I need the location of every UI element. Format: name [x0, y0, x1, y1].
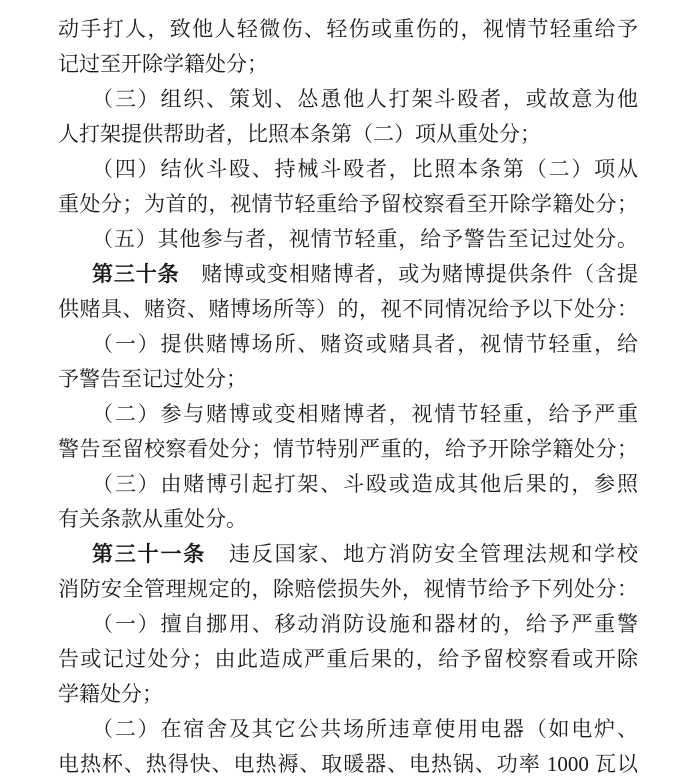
- text-line: （二）参与赌博或变相赌博者，视情节轻重，给予严重: [58, 397, 638, 432]
- line-text: （三）组织、策划、怂恿他人打架斗殴者，或故意为他: [92, 87, 638, 111]
- line-text: 人打架提供帮助者，比照本条第（二）项从重处分；: [58, 122, 541, 146]
- text-line: 第三十一条 违反国家、地方消防安全管理法规和学校: [58, 537, 638, 572]
- text-line: 有关条款从重处分。: [58, 502, 638, 537]
- text-line: （四）结伙斗殴、持械斗殴者，比照本条第（二）项从: [58, 152, 638, 187]
- text-line: 告或记过处分；由此造成严重后果的，给予留校察看或开除: [58, 642, 638, 677]
- line-text: 动手打人，致他人轻微伤、轻伤或重伤的，视情节轻重给予: [58, 17, 638, 41]
- text-line: 电热杯、热得快、电热褥、取暖器、电热锅、功率 1000 瓦以: [58, 747, 638, 778]
- line-text: （三）由赌博引起打架、斗殴或造成其他后果的，参照: [92, 472, 638, 496]
- line-text: 赌博或变相赌博者，或为赌博提供条件（含提: [180, 262, 639, 286]
- line-text: 重处分；为首的，视情节轻重给予留校察看至开除学籍处分；: [58, 192, 638, 216]
- line-text: 电热杯、热得快、电热褥、取暖器、电热锅、功率 1000 瓦以: [58, 752, 638, 776]
- line-text: 警告至留校察看处分；情节特别严重的，给予开除学籍处分；: [58, 437, 638, 461]
- text-line: 重处分；为首的，视情节轻重给予留校察看至开除学籍处分；: [58, 187, 638, 222]
- text-line: （三）组织、策划、怂恿他人打架斗殴者，或故意为他: [58, 82, 638, 117]
- text-line: （三）由赌博引起打架、斗殴或造成其他后果的，参照: [58, 467, 638, 502]
- line-text: 有关条款从重处分。: [58, 507, 247, 531]
- line-text: 供赌具、赌资、赌博场所等）的，视不同情况给予以下处分：: [58, 297, 638, 321]
- text-line: （二）在宿舍及其它公共场所违章使用电器（如电炉、: [58, 712, 638, 747]
- article-number: 第三十一条: [92, 542, 206, 566]
- line-text: （一）擅自挪用、移动消防设施和器材的，给予严重警: [92, 612, 638, 636]
- text-line: （一）提供赌博场所、赌资或赌具者，视情节轻重，给: [58, 327, 638, 362]
- text-line: 予警告至记过处分；: [58, 362, 638, 397]
- text-line: 人打架提供帮助者，比照本条第（二）项从重处分；: [58, 117, 638, 152]
- line-text: （五）其他参与者，视情节轻重，给予警告至记过处分。: [92, 227, 638, 251]
- line-text: 学籍处分；: [58, 682, 163, 706]
- line-text: 予警告至记过处分；: [58, 367, 247, 391]
- text-line: （一）擅自挪用、移动消防设施和器材的，给予严重警: [58, 607, 638, 642]
- text-line: （五）其他参与者，视情节轻重，给予警告至记过处分。: [58, 222, 638, 257]
- line-text: （一）提供赌博场所、赌资或赌具者，视情节轻重，给: [92, 332, 638, 356]
- text-line: 消防安全管理规定的，除赔偿损失外，视情节给予下列处分：: [58, 572, 638, 607]
- article-number: 第三十条: [92, 262, 180, 286]
- text-line: 学籍处分；: [58, 677, 638, 712]
- text-line: 供赌具、赌资、赌博场所等）的，视不同情况给予以下处分：: [58, 292, 638, 327]
- line-text: （二）参与赌博或变相赌博者，视情节轻重，给予严重: [92, 402, 638, 426]
- line-text: 消防安全管理规定的，除赔偿损失外，视情节给予下列处分：: [58, 577, 638, 601]
- document-page: 动手打人，致他人轻微伤、轻伤或重伤的，视情节轻重给予记过至开除学籍处分；（三）组…: [0, 0, 691, 778]
- text-line: 警告至留校察看处分；情节特别严重的，给予开除学籍处分；: [58, 432, 638, 467]
- line-text: 违反国家、地方消防安全管理法规和学校: [206, 542, 638, 566]
- line-text: 告或记过处分；由此造成严重后果的，给予留校察看或开除: [58, 647, 638, 671]
- line-text: 记过至开除学籍处分；: [58, 52, 268, 76]
- document-text-block: 动手打人，致他人轻微伤、轻伤或重伤的，视情节轻重给予记过至开除学籍处分；（三）组…: [58, 12, 638, 778]
- line-text: （四）结伙斗殴、持械斗殴者，比照本条第（二）项从: [92, 157, 638, 181]
- text-line: 动手打人，致他人轻微伤、轻伤或重伤的，视情节轻重给予: [58, 12, 638, 47]
- line-text: （二）在宿舍及其它公共场所违章使用电器（如电炉、: [92, 717, 638, 741]
- text-line: 记过至开除学籍处分；: [58, 47, 638, 82]
- text-line: 第三十条 赌博或变相赌博者，或为赌博提供条件（含提: [58, 257, 638, 292]
